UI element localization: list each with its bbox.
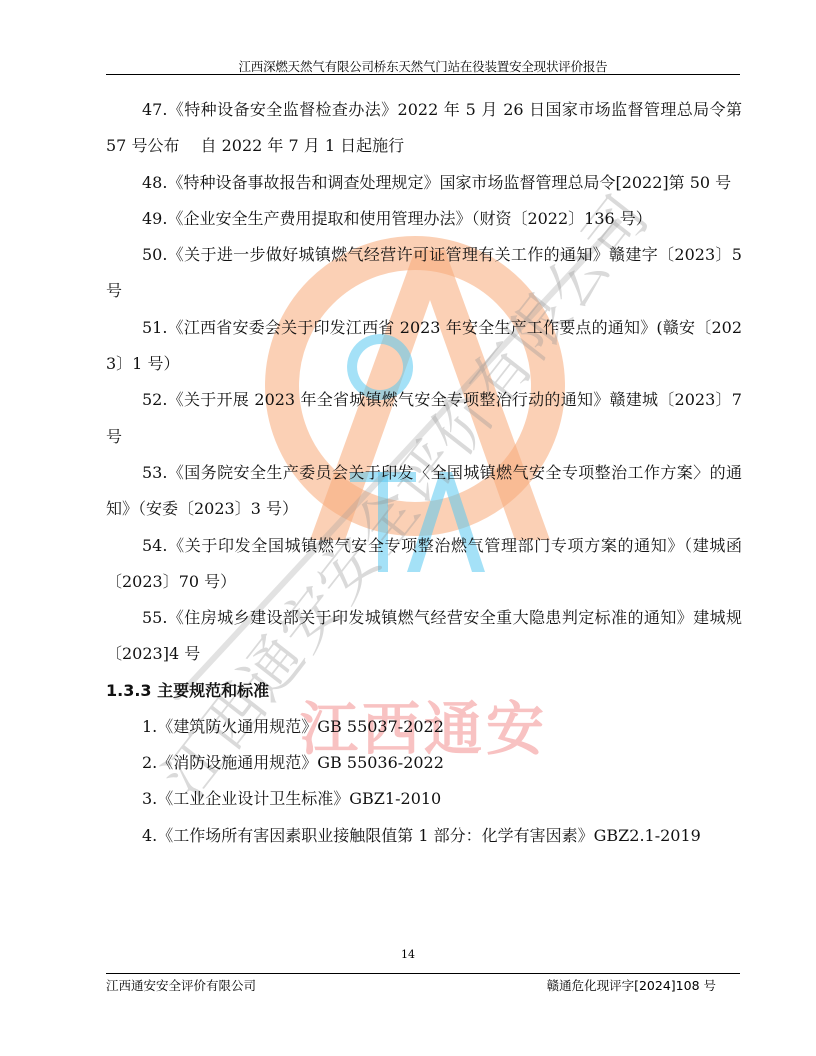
header-divider [106, 74, 740, 75]
footer-company: 江西通安安全评价有限公司 [106, 976, 256, 994]
regulation-item-55: 55.《住房城乡建设部关于印发城镇燃气经营安全重大隐患判定标准的通知》建城规〔2… [106, 600, 742, 673]
regulation-item-50: 50.《关于进一步做好城镇燃气经营许可证管理有关工作的通知》赣建字〔2023〕5… [106, 237, 742, 310]
footer-report-number: 赣通危化现评字[2024]108 号 [547, 976, 716, 994]
section-heading: 1.3.3 主要规范和标准 [106, 673, 742, 709]
regulation-item-47: 47.《特种设备安全监督检查办法》2022 年 5 月 26 日国家市场监督管理… [106, 92, 742, 165]
document-page: 江西深燃天然气有限公司桥东天然气门站在役装置安全现状评价报告 江西通安安全评价有… [0, 0, 816, 1056]
standard-item-3: 3.《工业企业设计卫生标准》GBZ1-2010 [106, 781, 742, 817]
regulation-item-48: 48.《特种设备事故报告和调查处理规定》国家市场监督管理总局令[2022]第 5… [106, 165, 742, 201]
regulation-item-54: 54.《关于印发全国城镇燃气安全专项整治燃气管理部门专项方案的通知》（建城函〔2… [106, 528, 742, 601]
regulation-item-49: 49.《企业安全生产费用提取和使用管理办法》（财资〔2022〕136 号） [106, 201, 742, 237]
header-title: 江西深燃天然气有限公司桥东天然气门站在役装置安全现状评价报告 [106, 57, 740, 75]
regulation-item-52: 52.《关于开展 2023 年全省城镇燃气安全专项整治行动的通知》赣建城〔202… [106, 382, 742, 455]
page-number: 14 [0, 948, 816, 961]
standard-item-1: 1.《建筑防火通用规范》GB 55037-2022 [106, 709, 742, 745]
document-body: 47.《特种设备安全监督检查办法》2022 年 5 月 26 日国家市场监督管理… [106, 92, 742, 854]
regulation-item-51: 51.《江西省安委会关于印发江西省 2023 年安全生产工作要点的通知》(赣安〔… [106, 310, 742, 383]
regulation-item-53: 53.《国务院安全生产委员会关于印发〈全国城镇燃气安全专项整治工作方案〉的通知》… [106, 455, 742, 528]
standard-item-4: 4.《工作场所有害因素职业接触限值第 1 部分：化学有害因素》GBZ2.1-20… [106, 818, 742, 854]
standard-item-2: 2.《消防设施通用规范》GB 55036-2022 [106, 745, 742, 781]
footer-divider [106, 973, 740, 974]
